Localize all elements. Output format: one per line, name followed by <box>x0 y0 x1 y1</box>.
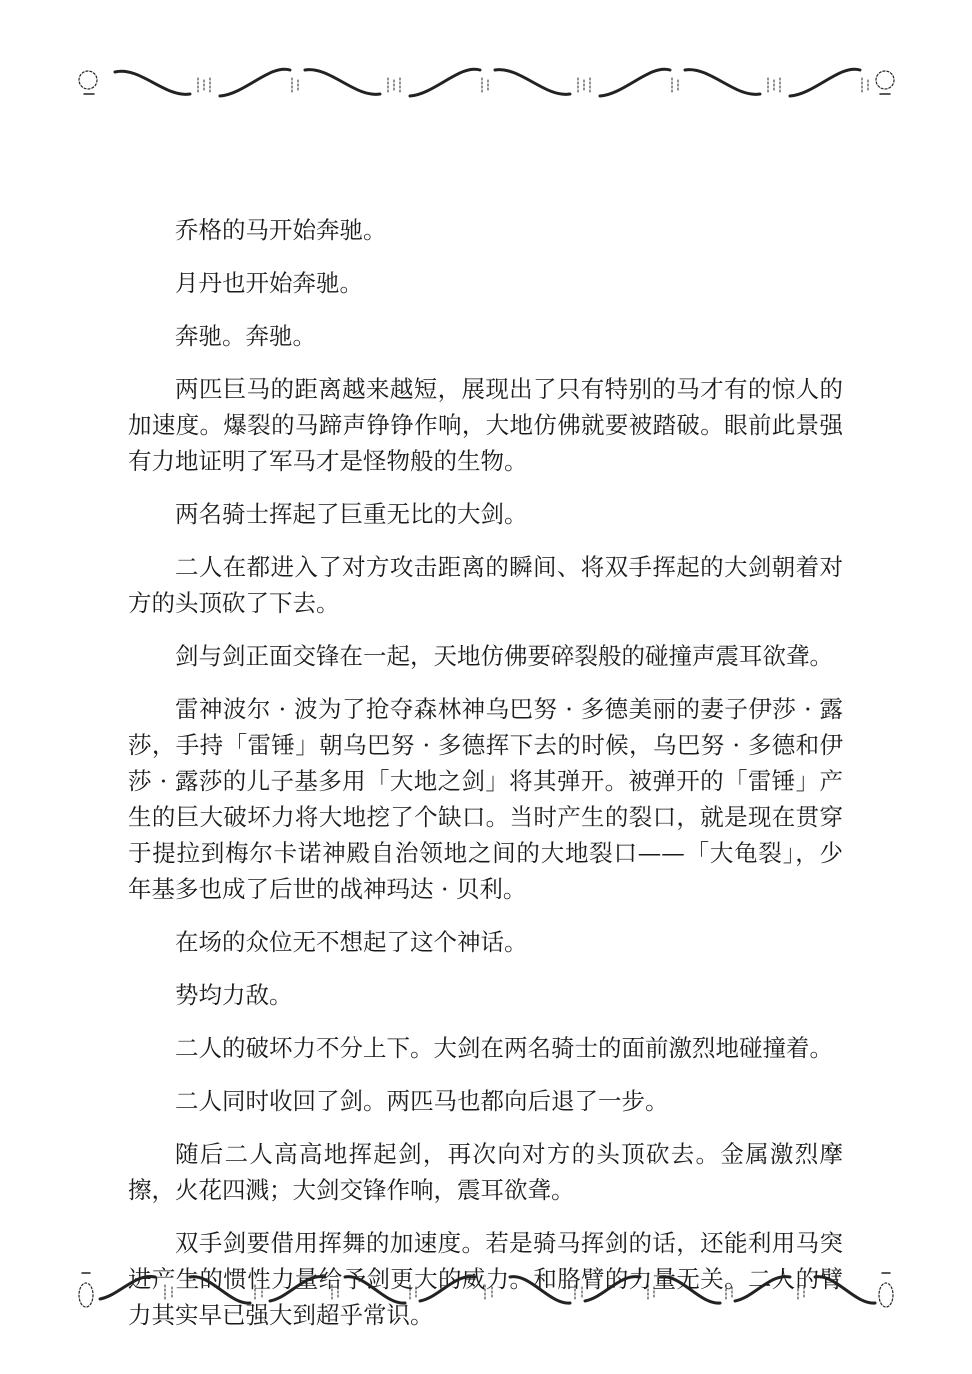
paragraph: 两匹巨马的距离越来越短，展现出了只有特别的马才有的惊人的加速度。爆裂的马蹄声铮铮… <box>128 371 843 479</box>
paragraph: 乔格的马开始奔驰。 <box>128 212 843 248</box>
paragraph: 势均力敌。 <box>128 977 843 1013</box>
paragraph: 雷神波尔 · 波为了抢夺森林神乌巴努 · 多德美丽的妻子伊莎 · 露莎，手持「雷… <box>128 691 843 907</box>
paragraph: 两名骑士挥起了巨重无比的大剑。 <box>128 496 843 532</box>
paragraph: 二人的破坏力不分上下。大剑在两名骑士的面前激烈地碰撞着。 <box>128 1030 843 1066</box>
paragraph: 月丹也开始奔驰。 <box>128 265 843 301</box>
paragraph: 随后二人高高地挥起剑，再次向对方的头顶砍去。金属激烈摩擦，火花四溅；大剑交锋作响… <box>128 1136 843 1208</box>
top-ornament-icon <box>70 58 902 108</box>
paragraph: 剑与剑正面交锋在一起，天地仿佛要碎裂般的碰撞声震耳欲聋。 <box>128 638 843 674</box>
paragraph: 二人同时收回了剑。两匹马也都向后退了一步。 <box>128 1083 843 1119</box>
paragraph: 奔驰。奔驰。 <box>128 318 843 354</box>
paragraph: 二人在都进入了对方攻击距离的瞬间、将双手挥起的大剑朝着对方的头顶砍了下去。 <box>128 549 843 621</box>
paragraph: 在场的众位无不想起了这个神话。 <box>128 924 843 960</box>
bottom-ornament-icon <box>70 1265 902 1315</box>
document-body: 乔格的马开始奔驰。 月丹也开始奔驰。 奔驰。奔驰。 两匹巨马的距离越来越短，展现… <box>128 212 843 1350</box>
